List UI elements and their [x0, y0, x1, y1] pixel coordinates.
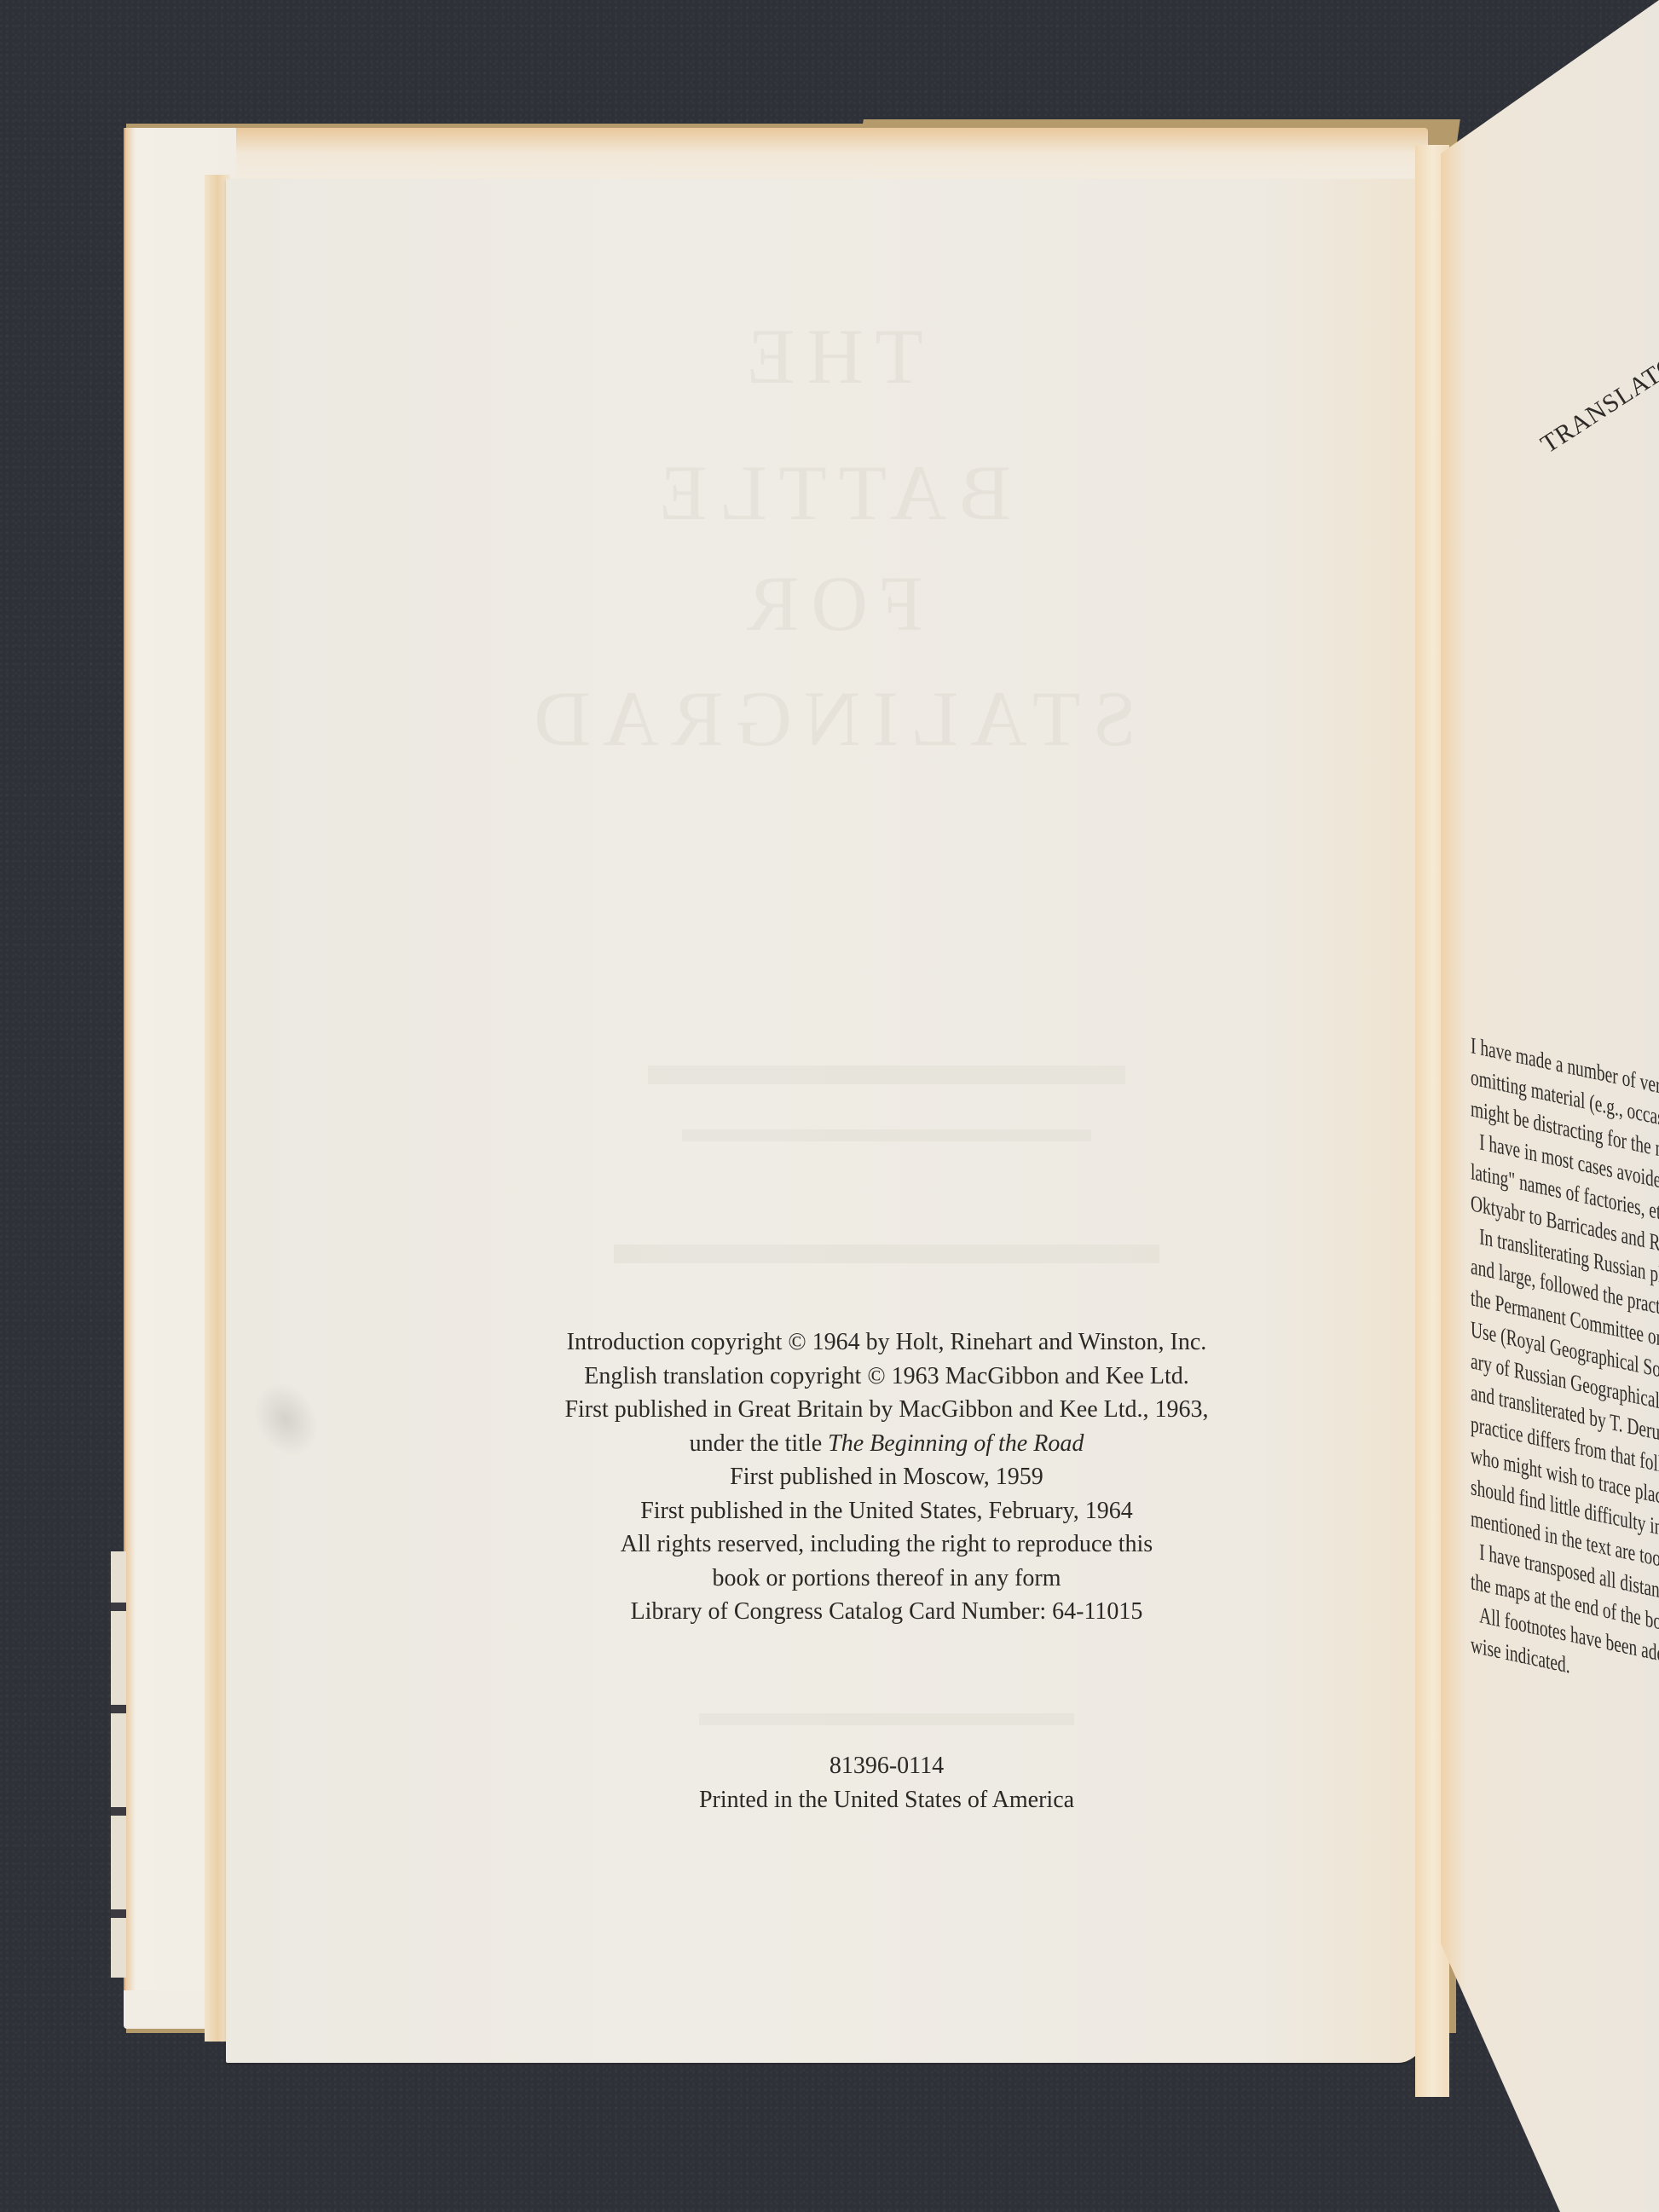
show-through-line: [614, 1245, 1159, 1263]
copyright-line: Introduction copyright © 1964 by Holt, R…: [477, 1325, 1296, 1360]
copyright-line-title: under the title The Beginning of the Roa…: [477, 1427, 1296, 1461]
original-title: The Beginning of the Road: [828, 1430, 1084, 1457]
copyright-line: Library of Congress Catalog Card Number:…: [477, 1595, 1296, 1629]
copyright-line: First published in Moscow, 1959: [477, 1460, 1296, 1494]
torn-edge: [111, 1551, 126, 1978]
translator-note-text: I have made a number of very omitting ma…: [1471, 1030, 1659, 1712]
show-through-line: [699, 1713, 1074, 1725]
printed-in: Printed in the United States of America: [477, 1783, 1296, 1817]
copyright-block: Introduction copyright © 1964 by Holt, R…: [477, 1325, 1296, 1629]
copyright-line: English translation copyright © 1963 Mac…: [477, 1360, 1296, 1394]
copyright-line: First published in Great Britain by MacG…: [477, 1393, 1296, 1427]
copyright-line: book or portions thereof in any form: [477, 1562, 1296, 1596]
copyright-line: First published in the United States, Fe…: [477, 1494, 1296, 1528]
print-code: 81396-0114: [477, 1749, 1296, 1783]
printer-block: 81396-0114 Printed in the United States …: [477, 1749, 1296, 1817]
show-through-title: FOR: [226, 558, 1432, 649]
show-through-title: BATTLE: [226, 448, 1432, 538]
show-through-title: THE: [226, 311, 1432, 401]
show-through-line: [682, 1129, 1091, 1141]
show-through-title: STALINGRAD: [226, 673, 1432, 764]
show-through-line: [648, 1066, 1125, 1084]
copyright-line: All rights reserved, including the right…: [477, 1528, 1296, 1562]
